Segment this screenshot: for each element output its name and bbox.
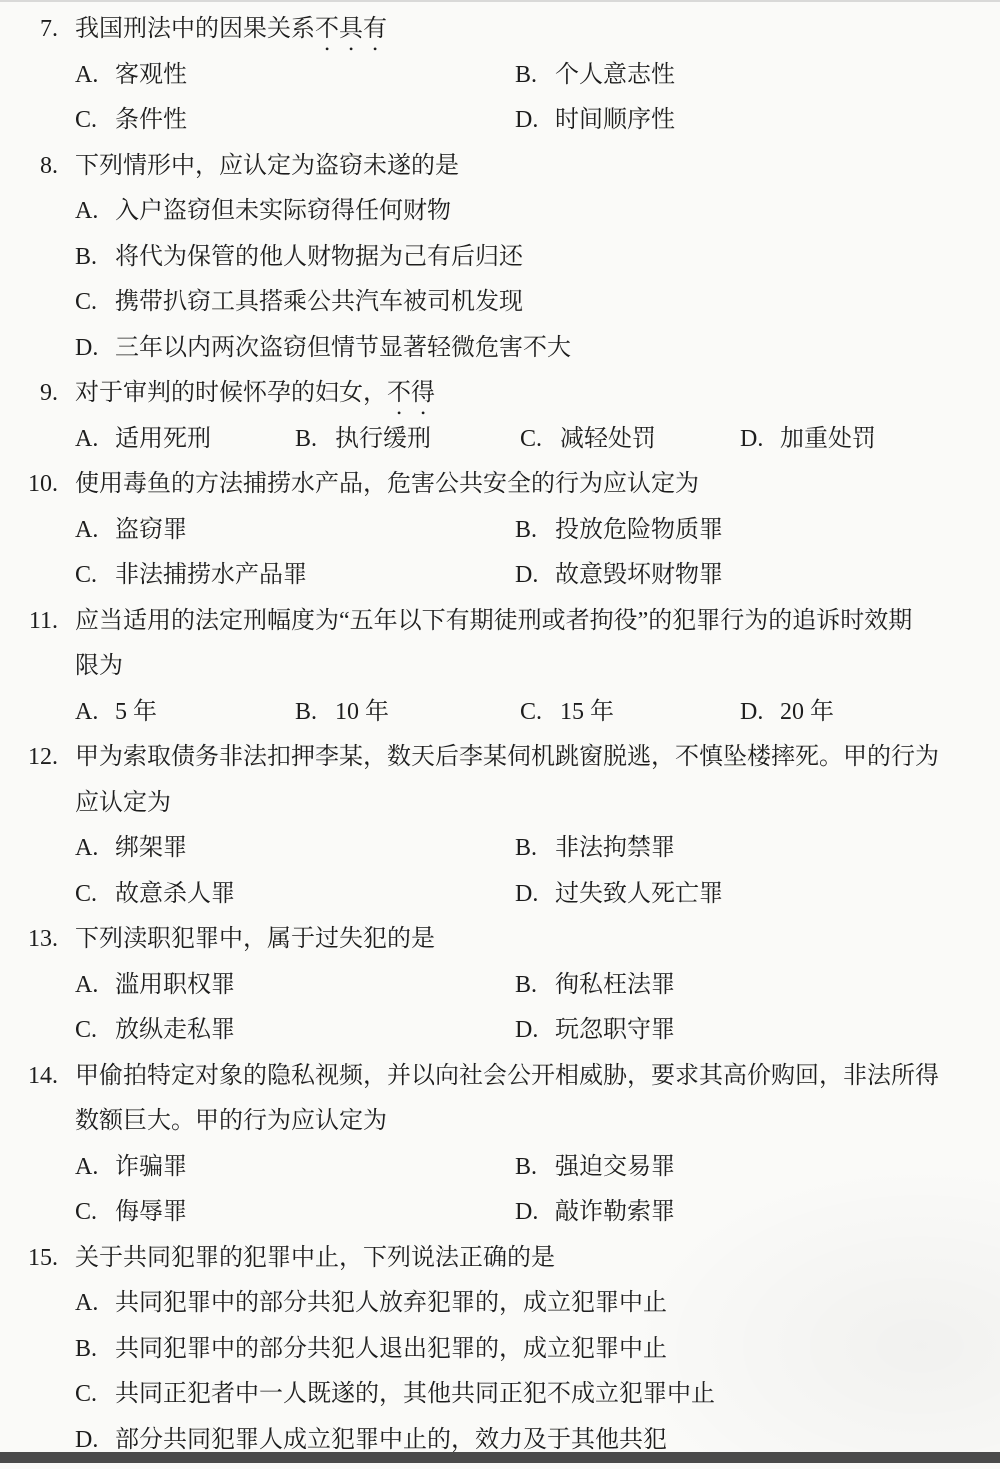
option-D: D.故意毁坏财物罪 [515, 553, 723, 599]
option-D: D.玩忽职守罪 [515, 1008, 675, 1054]
option-row: A.诈骗罪B.强迫交易罪 [0, 1145, 1000, 1191]
option-label: A. [75, 826, 115, 872]
option-label: B. [295, 690, 335, 736]
option-text: 10 年 [335, 699, 389, 725]
option-C: C.条件性 [75, 98, 515, 144]
option-D: D.加重处罚 [740, 417, 876, 463]
question-stem-text: 对于审判的时候怀孕的妇女，不得 [75, 380, 435, 406]
option-text: 诈骗罪 [115, 1154, 187, 1180]
option-label: A. [75, 508, 115, 554]
option-text: 敲诈勒索罪 [555, 1199, 675, 1225]
option-B: B.个人意志性 [515, 53, 675, 99]
question-stem-line: 11.应当适用的法定刑幅度为“五年以下有期徒刑或者拘役”的犯罪行为的追诉时效期 [0, 599, 1000, 645]
question-block: 8.下列情形中，应认定为盗窃未遂的是A.入户盗窃但未实际窃得任何财物B.将代为保… [0, 144, 1000, 372]
option-label: A. [75, 690, 115, 736]
option-label: B. [515, 1145, 555, 1191]
stem-segment: 甲偷拍特定对象的隐私视频，并以向社会公开相威胁，要求其高价购回，非法所得 [75, 1063, 939, 1089]
option-label: B. [515, 508, 555, 554]
question-stem-continuation: 数额巨大。甲的行为应认定为 [0, 1099, 1000, 1145]
option-row: C.侮辱罪D.敲诈勒索罪 [0, 1190, 1000, 1236]
option-A: A.5 年 [75, 690, 295, 736]
option-text: 徇私枉法罪 [555, 972, 675, 998]
option-label: B. [295, 417, 335, 463]
question-stem-line: 10.使用毒鱼的方法捕捞水产品，危害公共安全的行为应认定为 [0, 462, 1000, 508]
option-text: 过失致人死亡罪 [555, 881, 723, 907]
question-stem-line: 7.我国刑法中的因果关系不具有 [0, 7, 1000, 53]
option-text: 故意杀人罪 [115, 881, 235, 907]
option-C: C.共同正犯者中一人既遂的，其他共同正犯不成立犯罪中止 [75, 1372, 715, 1418]
option-B: B.共同犯罪中的部分共犯人退出犯罪的，成立犯罪中止 [75, 1327, 667, 1373]
option-text: 盗窃罪 [115, 517, 187, 543]
question-block: 7.我国刑法中的因果关系不具有A.客观性B.个人意志性C.条件性D.时间顺序性 [0, 7, 1000, 144]
option-label: A. [75, 1145, 115, 1191]
option-row: A.5 年B.10 年C.15 年D.20 年 [0, 690, 1000, 736]
question-block: 14.甲偷拍特定对象的隐私视频，并以向社会公开相威胁，要求其高价购回，非法所得数… [0, 1054, 1000, 1236]
question-stem-text: 下列情形中，应认定为盗窃未遂的是 [75, 153, 459, 179]
option-text: 个人意志性 [555, 62, 675, 88]
option-row: A.滥用职权罪B.徇私枉法罪 [0, 963, 1000, 1009]
question-block: 12.甲为索取债务非法扣押李某，数天后李某伺机跳窗脱逃，不慎坠楼摔死。甲的行为应… [0, 735, 1000, 917]
option-label: C. [75, 1008, 115, 1054]
stem-segment: 关于共同犯罪的犯罪中止，下列说法正确的是 [75, 1245, 555, 1271]
option-text: 共同犯罪中的部分共犯人放弃犯罪的，成立犯罪中止 [115, 1290, 667, 1316]
option-text: 共同正犯者中一人既遂的，其他共同正犯不成立犯罪中止 [115, 1381, 715, 1407]
question-block: 10.使用毒鱼的方法捕捞水产品，危害公共安全的行为应认定为A.盗窃罪B.投放危险… [0, 462, 1000, 599]
option-row: A.盗窃罪B.投放危险物质罪 [0, 508, 1000, 554]
stem-segment: 下列渎职犯罪中，属于过失犯的是 [75, 926, 435, 952]
question-number: 12. [0, 735, 58, 781]
option-text: 三年以内两次盗窃但情节显著轻微危害不大 [115, 335, 571, 361]
option-text: 条件性 [115, 107, 187, 133]
stem-segment: 使用毒鱼的方法捕捞水产品，危害公共安全的行为应认定为 [75, 471, 699, 497]
option-B: B.强迫交易罪 [515, 1145, 675, 1191]
option-text: 执行缓刑 [335, 426, 431, 452]
option-row: C.放纵走私罪D.玩忽职守罪 [0, 1008, 1000, 1054]
option-A: A.诈骗罪 [75, 1145, 515, 1191]
stem-segment: 下列情形中，应认定为盗窃未遂的是 [75, 153, 459, 179]
option-text: 20 年 [780, 699, 834, 725]
page-bottom-scan-edge [0, 1452, 1000, 1463]
exam-page: 7.我国刑法中的因果关系不具有A.客观性B.个人意志性C.条件性D.时间顺序性8… [0, 0, 1000, 1463]
option-C: C.侮辱罪 [75, 1190, 515, 1236]
question-list: 7.我国刑法中的因果关系不具有A.客观性B.个人意志性C.条件性D.时间顺序性8… [0, 7, 1000, 1463]
question-number: 7. [0, 7, 58, 53]
option-row: C.故意杀人罪D.过失致人死亡罪 [0, 872, 1000, 918]
option-label: D. [740, 690, 780, 736]
question-stem-line: 8.下列情形中，应认定为盗窃未遂的是 [0, 144, 1000, 190]
option-D: D.敲诈勒索罪 [515, 1190, 675, 1236]
option-label: C. [520, 417, 560, 463]
stem-segment: 甲为索取债务非法扣押李某，数天后李某伺机跳窗脱逃，不慎坠楼摔死。甲的行为 [75, 744, 939, 770]
option-text: 侮辱罪 [115, 1199, 187, 1225]
option-text: 减轻处罚 [560, 426, 656, 452]
option-A: A.入户盗窃但未实际窃得任何财物 [75, 189, 451, 235]
question-block: 9.对于审判的时候怀孕的妇女，不得A.适用死刑B.执行缓刑C.减轻处罚D.加重处… [0, 371, 1000, 462]
option-text: 故意毁坏财物罪 [555, 562, 723, 588]
option-text: 15 年 [560, 699, 614, 725]
option-row: A.客观性B.个人意志性 [0, 53, 1000, 99]
option-text: 入户盗窃但未实际窃得任何财物 [115, 198, 451, 224]
option-label: B. [515, 53, 555, 99]
question-stem-text: 下列渎职犯罪中，属于过失犯的是 [75, 926, 435, 952]
option-A: A.绑架罪 [75, 826, 515, 872]
option-label: D. [515, 98, 555, 144]
option-row: A.适用死刑B.执行缓刑C.减轻处罚D.加重处罚 [0, 417, 1000, 463]
option-text: 携带扒窃工具搭乘公共汽车被司机发现 [115, 289, 523, 315]
question-stem-text: 使用毒鱼的方法捕捞水产品，危害公共安全的行为应认定为 [75, 471, 699, 497]
option-text: 适用死刑 [115, 426, 211, 452]
question-stem-text: 关于共同犯罪的犯罪中止，下列说法正确的是 [75, 1245, 555, 1271]
emphasized-text: 不具有 [315, 16, 387, 42]
option-label: A. [75, 963, 115, 1009]
option-text: 放纵走私罪 [115, 1017, 235, 1043]
option-B: B.执行缓刑 [295, 417, 520, 463]
question-stem-text: 我国刑法中的因果关系不具有 [75, 16, 387, 42]
option-label: A. [75, 1281, 115, 1327]
option-D: D.时间顺序性 [515, 98, 675, 144]
option-B: B.徇私枉法罪 [515, 963, 675, 1009]
option-text: 投放危险物质罪 [555, 517, 723, 543]
question-stem-text: 限为 [75, 653, 123, 679]
option-row: D.三年以内两次盗窃但情节显著轻微危害不大 [0, 326, 1000, 372]
option-C: C.放纵走私罪 [75, 1008, 515, 1054]
question-stem-line: 14.甲偷拍特定对象的隐私视频，并以向社会公开相威胁，要求其高价购回，非法所得 [0, 1054, 1000, 1100]
option-label: B. [75, 235, 115, 281]
question-stem-continuation: 应认定为 [0, 781, 1000, 827]
stem-segment: 应当适用的法定刑幅度为“五年以下有期徒刑或者拘役”的犯罪行为的追诉时效期 [75, 608, 912, 634]
question-number: 13. [0, 917, 58, 963]
option-label: D. [75, 326, 115, 372]
option-label: B. [75, 1327, 115, 1373]
option-label: C. [520, 690, 560, 736]
option-D: D.20 年 [740, 690, 834, 736]
option-label: D. [740, 417, 780, 463]
option-label: C. [75, 280, 115, 326]
question-number: 9. [0, 371, 58, 417]
page-top-scan-edge [0, 0, 1000, 2]
question-stem-text: 甲为索取债务非法扣押李某，数天后李某伺机跳窗脱逃，不慎坠楼摔死。甲的行为 [75, 744, 939, 770]
option-row: B.共同犯罪中的部分共犯人退出犯罪的，成立犯罪中止 [0, 1327, 1000, 1373]
option-text: 强迫交易罪 [555, 1154, 675, 1180]
question-number: 8. [0, 144, 58, 190]
option-text: 客观性 [115, 62, 187, 88]
option-row: B.将代为保管的他人财物据为己有后归还 [0, 235, 1000, 281]
stem-segment: 我国刑法中的因果关系 [75, 16, 315, 42]
stem-segment: 限为 [75, 653, 123, 679]
option-C: C.携带扒窃工具搭乘公共汽车被司机发现 [75, 280, 523, 326]
question-stem-line: 15.关于共同犯罪的犯罪中止，下列说法正确的是 [0, 1236, 1000, 1282]
option-row: C.共同正犯者中一人既遂的，其他共同正犯不成立犯罪中止 [0, 1372, 1000, 1418]
option-B: B.投放危险物质罪 [515, 508, 723, 554]
stem-segment: 数额巨大。甲的行为应认定为 [75, 1108, 387, 1134]
option-text: 部分共同犯罪人成立犯罪中止的，效力及于其他共犯 [115, 1427, 667, 1453]
question-block: 11.应当适用的法定刑幅度为“五年以下有期徒刑或者拘役”的犯罪行为的追诉时效期限… [0, 599, 1000, 736]
option-C: C.故意杀人罪 [75, 872, 515, 918]
option-row: C.条件性D.时间顺序性 [0, 98, 1000, 144]
option-label: A. [75, 53, 115, 99]
option-row: A.共同犯罪中的部分共犯人放弃犯罪的，成立犯罪中止 [0, 1281, 1000, 1327]
option-text: 将代为保管的他人财物据为己有后归还 [115, 244, 523, 270]
emphasized-text: 不得 [387, 380, 435, 406]
option-A: A.适用死刑 [75, 417, 295, 463]
stem-segment: 应认定为 [75, 790, 171, 816]
question-stem-text: 应当适用的法定刑幅度为“五年以下有期徒刑或者拘役”的犯罪行为的追诉时效期 [75, 608, 912, 634]
option-text: 玩忽职守罪 [555, 1017, 675, 1043]
option-label: A. [75, 189, 115, 235]
option-label: D. [515, 1190, 555, 1236]
stem-segment: 对于审判的时候怀孕的妇女， [75, 380, 387, 406]
question-stem-text: 甲偷拍特定对象的隐私视频，并以向社会公开相威胁，要求其高价购回，非法所得 [75, 1063, 939, 1089]
option-label: A. [75, 417, 115, 463]
option-D: D.三年以内两次盗窃但情节显著轻微危害不大 [75, 326, 571, 372]
option-text: 5 年 [115, 699, 157, 725]
question-stem-continuation: 限为 [0, 644, 1000, 690]
option-row: A.绑架罪B.非法拘禁罪 [0, 826, 1000, 872]
option-A: A.客观性 [75, 53, 515, 99]
option-text: 加重处罚 [780, 426, 876, 452]
option-text: 共同犯罪中的部分共犯人退出犯罪的，成立犯罪中止 [115, 1336, 667, 1362]
option-label: C. [75, 553, 115, 599]
option-label: D. [515, 872, 555, 918]
option-row: C.非法捕捞水产品罪D.故意毁坏财物罪 [0, 553, 1000, 599]
option-label: C. [75, 1372, 115, 1418]
question-stem-line: 12.甲为索取债务非法扣押李某，数天后李某伺机跳窗脱逃，不慎坠楼摔死。甲的行为 [0, 735, 1000, 781]
option-label: C. [75, 872, 115, 918]
option-label: D. [515, 1008, 555, 1054]
option-A: A.盗窃罪 [75, 508, 515, 554]
option-C: C.15 年 [520, 690, 740, 736]
question-stem-text: 数额巨大。甲的行为应认定为 [75, 1108, 387, 1134]
question-number: 14. [0, 1054, 58, 1100]
option-A: A.滥用职权罪 [75, 963, 515, 1009]
option-C: C.减轻处罚 [520, 417, 740, 463]
option-text: 非法拘禁罪 [555, 835, 675, 861]
option-B: B.非法拘禁罪 [515, 826, 675, 872]
option-text: 绑架罪 [115, 835, 187, 861]
option-label: C. [75, 1190, 115, 1236]
option-text: 滥用职权罪 [115, 972, 235, 998]
option-row: A.入户盗窃但未实际窃得任何财物 [0, 189, 1000, 235]
question-number: 15. [0, 1236, 58, 1282]
option-text: 非法捕捞水产品罪 [115, 562, 307, 588]
option-B: B.将代为保管的他人财物据为己有后归还 [75, 235, 523, 281]
option-label: C. [75, 98, 115, 144]
option-label: B. [515, 826, 555, 872]
option-label: B. [515, 963, 555, 1009]
question-stem-line: 13.下列渎职犯罪中，属于过失犯的是 [0, 917, 1000, 963]
question-block: 13.下列渎职犯罪中，属于过失犯的是A.滥用职权罪B.徇私枉法罪C.放纵走私罪D… [0, 917, 1000, 1054]
question-stem-line: 9.对于审判的时候怀孕的妇女，不得 [0, 371, 1000, 417]
option-label: D. [515, 553, 555, 599]
question-block: 15.关于共同犯罪的犯罪中止，下列说法正确的是A.共同犯罪中的部分共犯人放弃犯罪… [0, 1236, 1000, 1464]
option-D: D.过失致人死亡罪 [515, 872, 723, 918]
question-number: 10. [0, 462, 58, 508]
option-A: A.共同犯罪中的部分共犯人放弃犯罪的，成立犯罪中止 [75, 1281, 667, 1327]
question-number: 11. [0, 599, 58, 645]
option-C: C.非法捕捞水产品罪 [75, 553, 515, 599]
option-B: B.10 年 [295, 690, 520, 736]
option-row: C.携带扒窃工具搭乘公共汽车被司机发现 [0, 280, 1000, 326]
question-stem-text: 应认定为 [75, 790, 171, 816]
option-text: 时间顺序性 [555, 107, 675, 133]
